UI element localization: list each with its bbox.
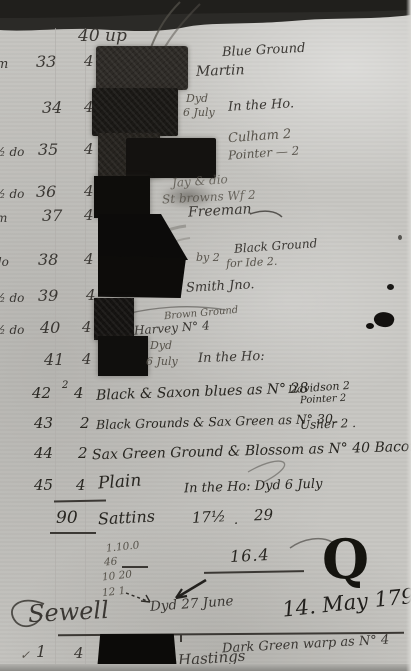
row-note: by 2 bbox=[196, 252, 220, 263]
fabric-swatch-33 bbox=[96, 46, 188, 90]
row-number: 43 bbox=[34, 416, 53, 431]
total-col-b: 29 bbox=[254, 508, 274, 524]
fabric-swatch-39 bbox=[98, 256, 186, 298]
row-note: Blue Ground bbox=[222, 42, 306, 59]
row-note: Jay & dio bbox=[172, 173, 229, 189]
row-margin: ½ do bbox=[0, 188, 24, 200]
row-note: Pointer 2 bbox=[300, 394, 347, 406]
ink-speck bbox=[398, 235, 402, 240]
row-qty: 4 bbox=[84, 54, 94, 69]
ruled-tick bbox=[180, 634, 182, 642]
page-bottom-edge bbox=[0, 664, 411, 671]
row-note: Martin bbox=[196, 63, 245, 79]
row-qty: 4 bbox=[84, 100, 94, 115]
row-qty: 2 bbox=[80, 416, 90, 431]
row-desc: Plain bbox=[97, 473, 141, 493]
total-dot: . bbox=[234, 514, 238, 527]
row-note: Pointer — 2 bbox=[228, 145, 300, 162]
ink-spot bbox=[387, 284, 394, 290]
calc-result: 16.4 bbox=[230, 547, 270, 565]
row-number: 33 bbox=[36, 54, 56, 70]
row-number: 41 bbox=[44, 352, 64, 368]
page-right-edge bbox=[406, 0, 411, 671]
row-qty: 4 bbox=[82, 320, 92, 335]
row-number: 45 bbox=[34, 478, 53, 493]
dyed-note: Dyd 27 June bbox=[150, 595, 234, 614]
row-note: Black Ground bbox=[234, 237, 318, 255]
row-margin: m bbox=[0, 58, 8, 71]
calc-dash bbox=[122, 566, 148, 568]
sum-line bbox=[54, 500, 106, 503]
row-margin: do bbox=[0, 256, 9, 268]
row-note: Usher 2 . bbox=[300, 417, 356, 431]
dyed-note: Dyd bbox=[150, 340, 172, 351]
row-qty: 4 bbox=[74, 646, 84, 661]
row-number: 44 bbox=[34, 446, 53, 461]
row-margin: ½ do bbox=[0, 292, 24, 304]
row-number: 1 bbox=[36, 644, 46, 660]
row-note: In the Ho: Dyd 6 July bbox=[184, 478, 323, 496]
row-margin: m bbox=[0, 212, 7, 224]
dyed-note: Dyd bbox=[186, 93, 208, 104]
calc-line: 1.10.0 bbox=[106, 540, 140, 554]
row-qty: 2 bbox=[78, 446, 88, 461]
row-note: In the Ho: bbox=[198, 350, 265, 365]
row-number: 39 bbox=[38, 288, 58, 304]
page-top-shadow bbox=[0, 0, 411, 46]
row-note: In the Ho. bbox=[228, 97, 295, 113]
row-number: 35 bbox=[38, 142, 58, 158]
row-desc: Sax Green Ground & Blossom as N° 40 Baco… bbox=[92, 440, 411, 463]
ink-blot bbox=[372, 310, 395, 330]
row-number: 36 bbox=[36, 184, 56, 200]
fabric-swatch-41 bbox=[98, 336, 148, 376]
row-qty: 4 bbox=[86, 288, 96, 303]
calc-line: 46 bbox=[104, 557, 118, 568]
calc-line: 10 20 bbox=[102, 569, 133, 583]
fabric-swatch-40 bbox=[94, 298, 134, 340]
row-qty: 4 bbox=[84, 142, 94, 157]
row-number: 34 bbox=[42, 100, 62, 116]
row-qty: 4 bbox=[84, 184, 94, 199]
check-mark: ✓ bbox=[20, 649, 30, 661]
row-note: Culham 2 bbox=[228, 128, 292, 145]
row-qty: 4 bbox=[84, 252, 94, 267]
row-number: 40 bbox=[40, 320, 60, 336]
total-qty: 90 bbox=[56, 510, 78, 527]
total-label: Sattins bbox=[98, 509, 156, 528]
row-margin: ½ do bbox=[0, 324, 24, 336]
row-margin: ½ do bbox=[0, 146, 24, 158]
row-note: Harvey N° 4 bbox=[134, 319, 210, 336]
date: 14. May 1796 bbox=[281, 584, 411, 620]
total-col-a: 17½ bbox=[192, 509, 226, 526]
row-note: Freeman bbox=[188, 202, 252, 219]
ink-blot bbox=[366, 323, 374, 329]
ledger-page-scan: 40 up m 33 4 Blue Ground Martin 34 4 Dyd… bbox=[0, 0, 411, 671]
row-note: Smith Jno. bbox=[186, 278, 255, 295]
row-qty: 4 bbox=[74, 386, 84, 401]
fabric-swatch-34 bbox=[92, 88, 178, 136]
dyed-note: 6 July bbox=[183, 107, 215, 118]
signature: Sewell bbox=[27, 598, 109, 626]
row-qty-sup: 2 bbox=[62, 381, 68, 391]
row-number: 38 bbox=[38, 252, 58, 268]
row-qty: 4 bbox=[84, 208, 94, 223]
letter-stamp: Q bbox=[322, 532, 369, 586]
row-qty: 4 bbox=[76, 478, 86, 493]
row-number: 42 bbox=[32, 386, 51, 401]
underline bbox=[204, 570, 304, 574]
row-number: 37 bbox=[42, 208, 62, 224]
underline bbox=[50, 532, 96, 534]
fabric-swatch-37 bbox=[98, 214, 188, 260]
dyed-note: 6 July bbox=[146, 356, 178, 367]
header-note: 40 up bbox=[78, 28, 127, 45]
row-note: for Ide 2. bbox=[226, 256, 278, 270]
row-qty: 4 bbox=[82, 352, 92, 367]
row-note: Dark Green warp as N° 4 bbox=[222, 634, 390, 656]
fabric-swatch-35b bbox=[126, 138, 216, 178]
fabric-swatch-36 bbox=[94, 176, 150, 218]
row-desc: Black & Saxon blues as N° 28 bbox=[96, 381, 309, 402]
